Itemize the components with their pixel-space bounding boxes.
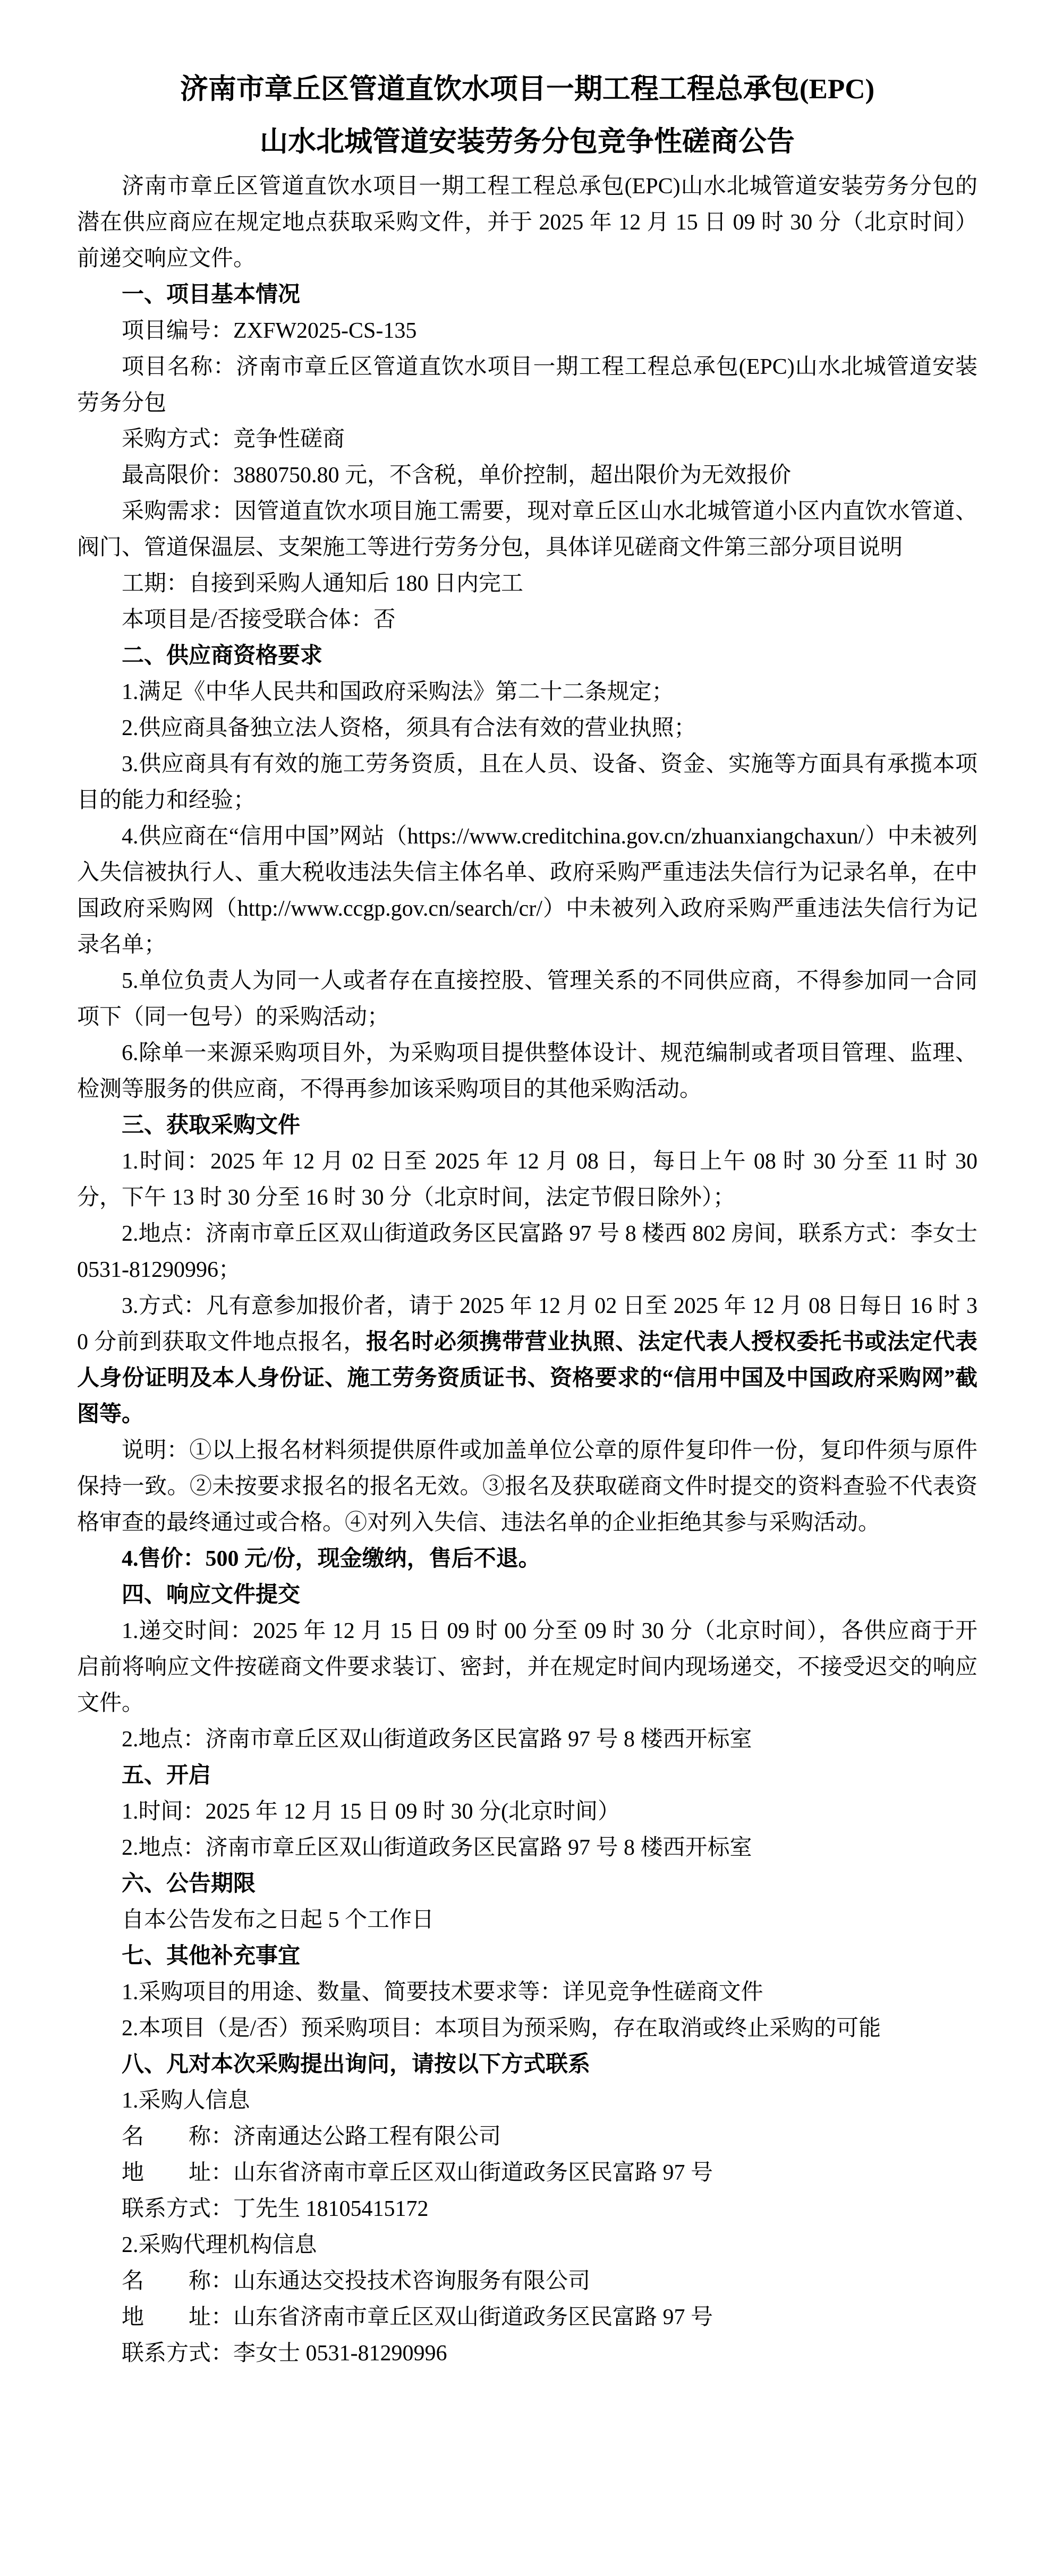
opening-time: 1.时间：2025 年 12 月 15 日 09 时 30 分(北京时间） <box>77 1794 977 1830</box>
section-2-heading: 二、供应商资格要求 <box>77 638 977 674</box>
supplement-item-1: 1.采购项目的用途、数量、简要技术要求等：详见竞争性磋商文件 <box>77 1974 977 2010</box>
section-5-heading: 五、开启 <box>77 1758 977 1794</box>
section-7-heading: 七、其他补充事宜 <box>77 1938 977 1974</box>
submission-location: 2.地点：济南市章丘区双山街道政务区民富路 97 号 8 楼西开标室 <box>77 1721 977 1758</box>
purchaser-info-label: 1.采购人信息 <box>77 2083 977 2119</box>
construction-period: 工期：自接到采购人通知后 180 日内完工 <box>77 566 977 602</box>
project-number: 项目编号：ZXFW2025-CS-135 <box>77 313 977 349</box>
max-price-limit: 最高限价：3880750.80 元，不含税，单价控制，超出限价为无效报价 <box>77 457 977 493</box>
opening-location: 2.地点：济南市章丘区双山街道政务区民富路 97 号 8 楼西开标室 <box>77 1830 977 1866</box>
section-4-heading: 四、响应文件提交 <box>77 1577 977 1613</box>
announcement-period: 自本公告发布之日起 5 个工作日 <box>77 1902 977 1938</box>
purchaser-address: 地 址：山东省济南市章丘区双山街道政务区民富路 97 号 <box>77 2155 977 2191</box>
qualification-item-2: 2.供应商具备独立法人资格，须具有合法有效的营业执照； <box>77 710 977 746</box>
section-8-heading: 八、凡对本次采购提出询问，请按以下方式联系 <box>77 2046 977 2083</box>
doc-title: 济南市章丘区管道直饮水项目一期工程工程总承包(EPC) 山水北城管道安装劳务分包… <box>77 63 977 168</box>
application-note: 说明：①以上报名材料须提供原件或加盖单位公章的原件复印件一份，复印件须与原件保持… <box>77 1432 977 1541</box>
file-obtain-method: 3.方式：凡有意参加报价者，请于 2025 年 12 月 02 日至 2025 … <box>77 1288 977 1432</box>
consortium-acceptance: 本项目是/否接受联合体：否 <box>77 602 977 638</box>
doc-title-line-2: 山水北城管道安装劳务分包竞争性磋商公告 <box>77 116 977 168</box>
section-1-heading: 一、项目基本情况 <box>77 277 977 313</box>
procurement-method: 采购方式：竞争性磋商 <box>77 421 977 457</box>
purchaser-contact: 联系方式：丁先生 18105415172 <box>77 2191 977 2227</box>
announcement-document: 济南市章丘区管道直饮水项目一期工程工程总承包(EPC) 山水北城管道安装劳务分包… <box>0 0 1054 2576</box>
intro-paragraph: 济南市章丘区管道直饮水项目一期工程工程总承包(EPC)山水北城管道安装劳务分包的… <box>77 168 977 277</box>
agency-contact: 联系方式：李女士 0531-81290996 <box>77 2335 977 2372</box>
supplement-item-2: 2.本项目（是/否）预采购项目：本项目为预采购，存在取消或终止采购的可能 <box>77 2010 977 2046</box>
procurement-demand: 采购需求：因管道直饮水项目施工需要，现对章丘区山水北城管道小区内直饮水管道、阀门… <box>77 493 977 566</box>
qualification-item-4: 4.供应商在“信用中国”网站（https://www.creditchina.g… <box>77 818 977 963</box>
qualification-item-5: 5.单位负责人为同一人或者存在直接控股、管理关系的不同供应商，不得参加同一合同项… <box>77 963 977 1035</box>
section-6-heading: 六、公告期限 <box>77 1866 977 1902</box>
document-price: 4.售价：500 元/份，现金缴纳，售后不退。 <box>77 1541 977 1577</box>
file-obtain-time: 1.时间：2025 年 12 月 02 日至 2025 年 12 月 08 日，… <box>77 1144 977 1216</box>
section-3-heading: 三、获取采购文件 <box>77 1107 977 1144</box>
agency-address: 地 址：山东省济南市章丘区双山街道政务区民富路 97 号 <box>77 2299 977 2335</box>
qualification-item-3: 3.供应商具有有效的施工劳务资质，且在人员、设备、资金、实施等方面具有承揽本项目… <box>77 746 977 818</box>
qualification-item-6: 6.除单一来源采购项目外，为采购项目提供整体设计、规范编制或者项目管理、监理、检… <box>77 1035 977 1107</box>
submission-time: 1.递交时间：2025 年 12 月 15 日 09 时 00 分至 09 时 … <box>77 1613 977 1721</box>
purchaser-name: 名 称：济南通达公路工程有限公司 <box>77 2119 977 2155</box>
qualification-item-1: 1.满足《中华人民共和国政府采购法》第二十二条规定； <box>77 674 977 710</box>
agency-name: 名 称：山东通达交投技术咨询服务有限公司 <box>77 2263 977 2299</box>
agency-info-label: 2.采购代理机构信息 <box>77 2227 977 2263</box>
project-name: 项目名称：济南市章丘区管道直饮水项目一期工程工程总承包(EPC)山水北城管道安装… <box>77 349 977 421</box>
file-obtain-location: 2.地点：济南市章丘区双山街道政务区民富路 97 号 8 楼西 802 房间，联… <box>77 1216 977 1288</box>
doc-title-line-1: 济南市章丘区管道直饮水项目一期工程工程总承包(EPC) <box>77 63 977 116</box>
